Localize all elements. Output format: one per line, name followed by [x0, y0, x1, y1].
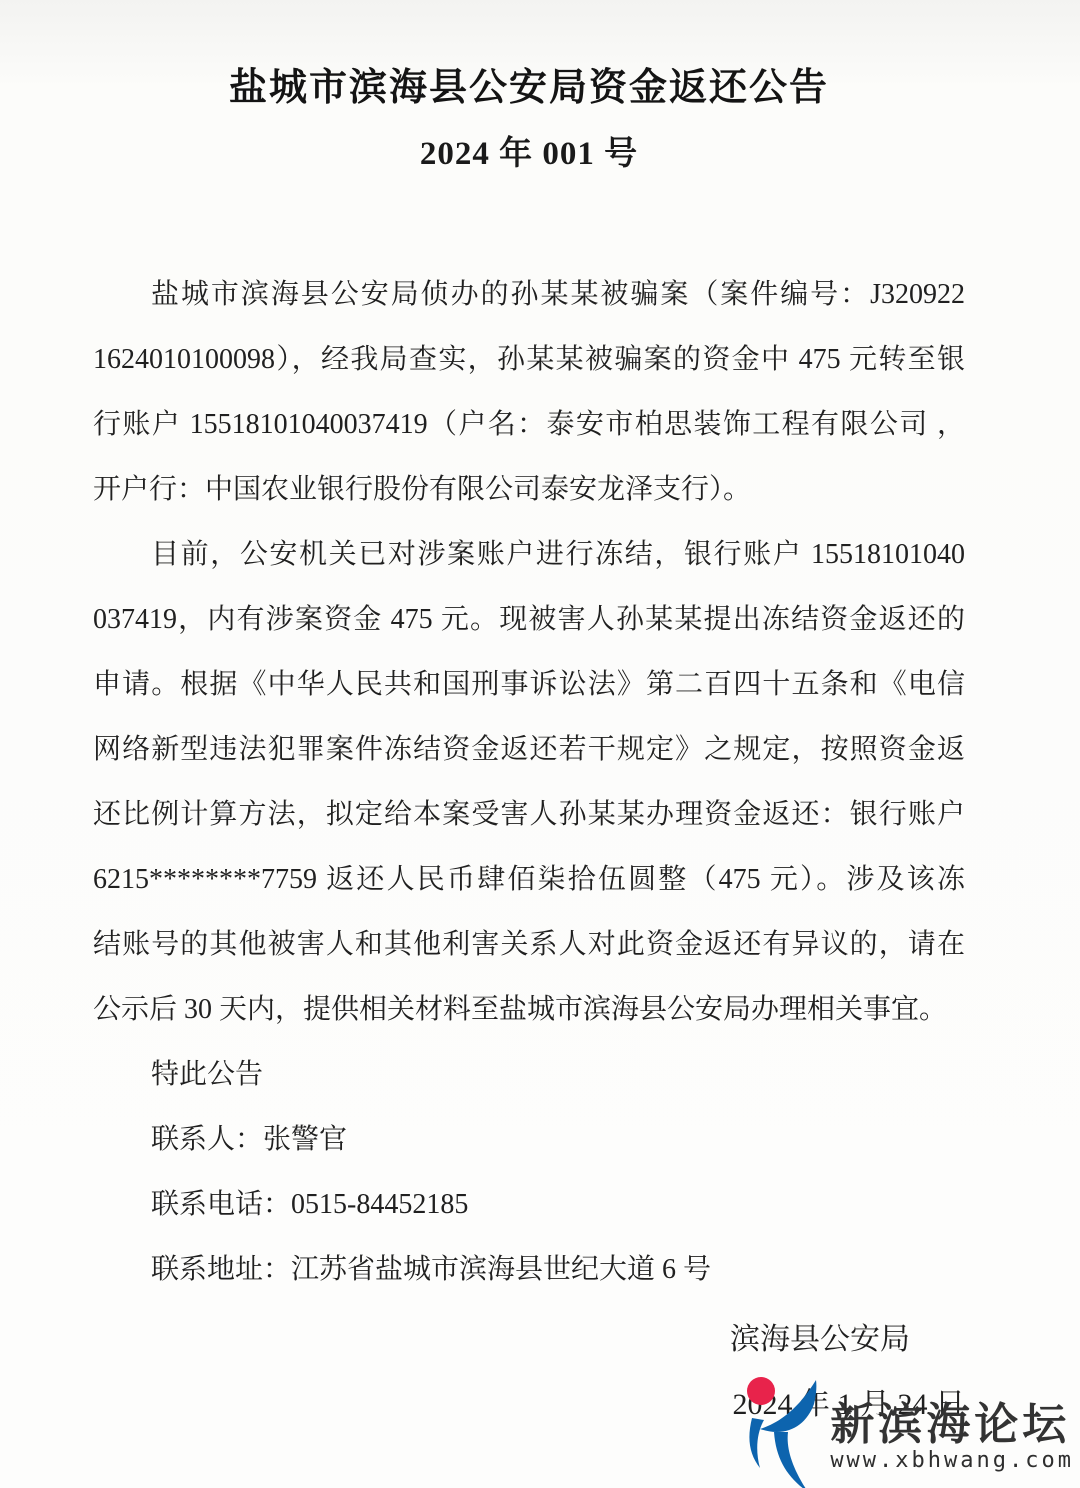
signature: 滨海县公安局: [93, 1307, 965, 1372]
document-title: 盐城市滨海县公安局资金返还公告: [93, 64, 965, 112]
body-line: 目前，公安机关已对涉案账户进行冻结，银行账户 15518101040: [93, 522, 965, 587]
body-line: 结账号的其他被害人和其他利害关系人对此资金返还有异议的，请在: [93, 912, 965, 977]
body-line: 联系人：张警官: [93, 1107, 965, 1172]
body-line: 行账户 15518101040037419（户名：泰安市柏思装饰工程有限公司 ，: [93, 392, 965, 457]
body-line: 还比例计算方法，拟定给本案受害人孙某某办理资金返还：银行账户: [93, 782, 965, 847]
body-line: 盐城市滨海县公安局侦办的孙某某被骗案（案件编号：J320922: [93, 262, 965, 327]
body-line: 网络新型违法犯罪案件冻结资金返还若干规定》之规定，按照资金返: [93, 717, 965, 782]
forum-logo-icon: [744, 1376, 824, 1488]
body-line: 特此公告: [93, 1042, 965, 1107]
announcement-document: 盐城市滨海县公安局资金返还公告 2024 年 001 号 盐城市滨海县公安局侦办…: [0, 0, 1080, 1437]
body-line: 开户行：中国农业银行股份有限公司泰安龙泽支行）。: [93, 457, 965, 522]
body-line: 申请。根据《中华人民共和国刑事诉讼法》第二百四十五条和《电信: [93, 652, 965, 717]
body-line: 1624010100098），经我局查实，孙某某被骗案的资金中 475 元转至银: [93, 327, 965, 392]
body-line: 6215********7759 返还人民币肆佰柒拾伍圆整（475 元）。涉及该…: [93, 847, 965, 912]
watermark-site-url: www.xbhwang.com: [830, 1448, 1074, 1474]
body-line: 037419，内有涉案资金 475 元。现被害人孙某某提出冻结资金返还的: [93, 587, 965, 652]
watermark-site-name: 新滨海论坛: [830, 1402, 1074, 1448]
document-number: 2024 年 001 号: [93, 134, 965, 174]
body-line: 联系地址：江苏省盐城市滨海县世纪大道 6 号: [93, 1237, 965, 1302]
document-body: 盐城市滨海县公安局侦办的孙某某被骗案（案件编号：J320922162401010…: [93, 262, 965, 1302]
body-line: 联系电话：0515-84452185: [93, 1172, 965, 1237]
forum-watermark-text: 新滨海论坛 www.xbhwang.com: [830, 1402, 1074, 1474]
body-line: 公示后 30 天内，提供相关材料至盐城市滨海县公安局办理相关事宜。: [93, 977, 965, 1042]
forum-watermark: 新滨海论坛 www.xbhwang.com: [744, 1376, 1074, 1488]
